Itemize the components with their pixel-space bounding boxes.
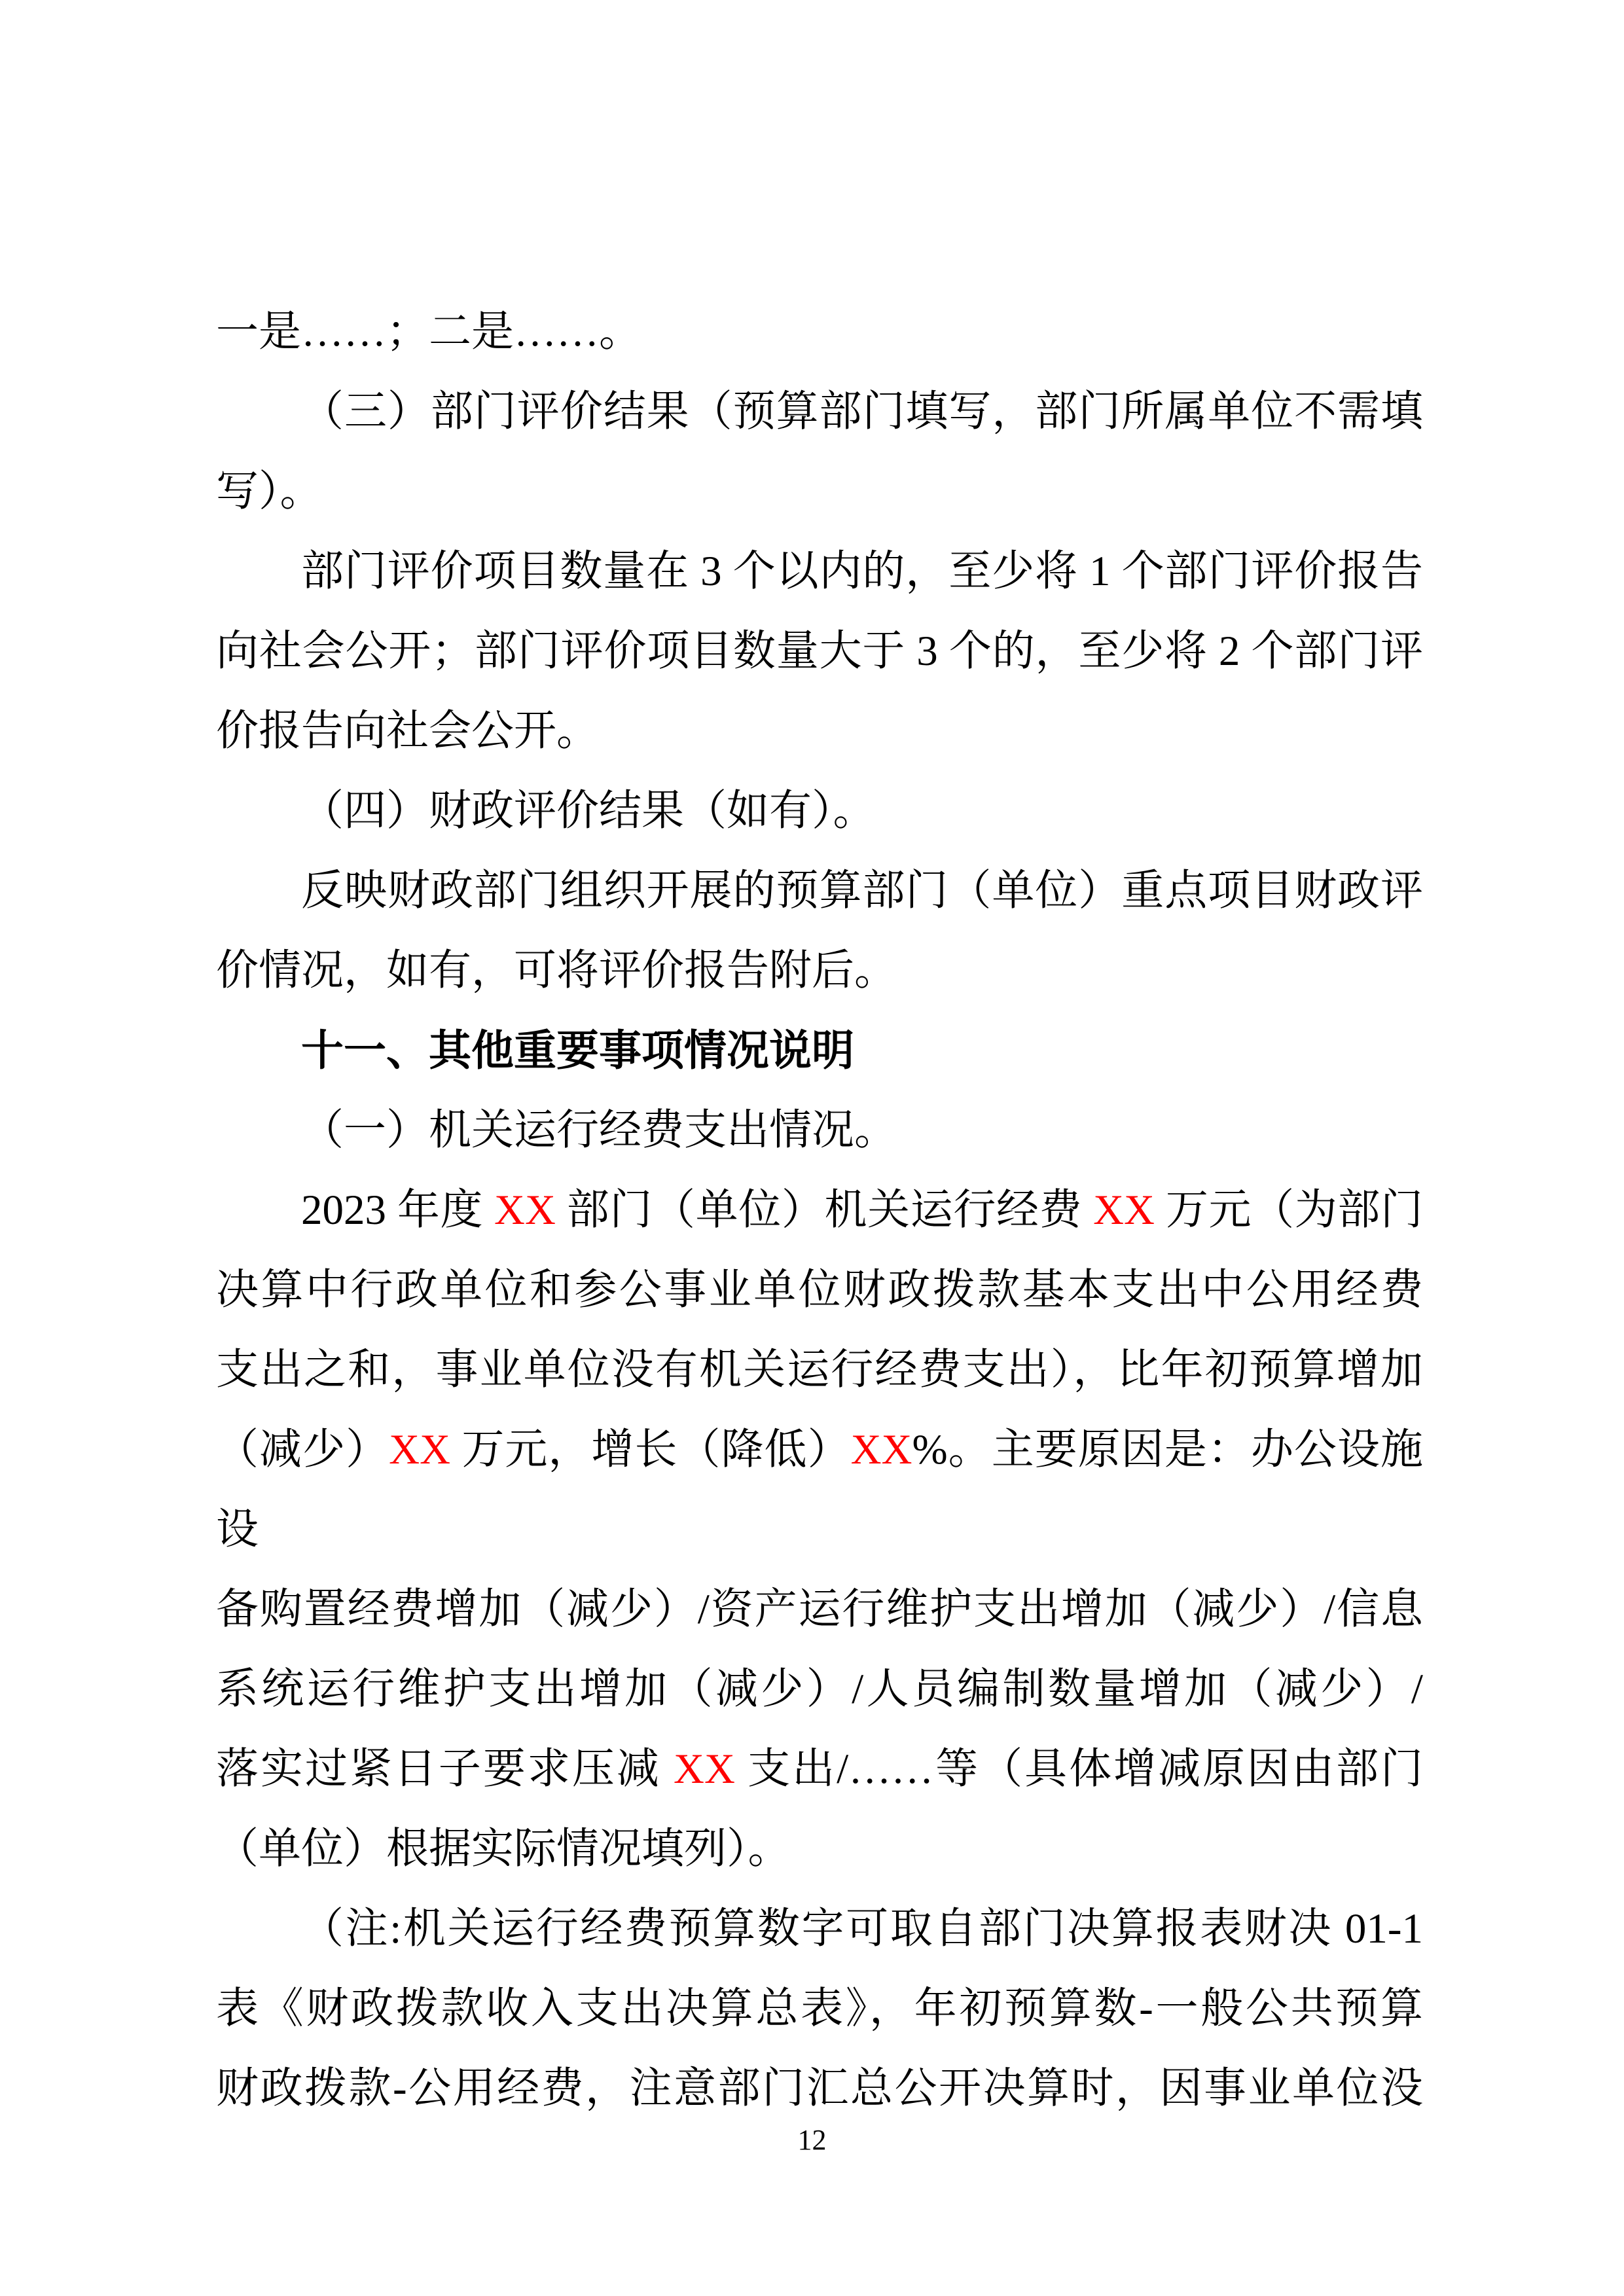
page-number: 12 — [0, 2121, 1624, 2160]
text-line: 财政拨款-公用经费，注意部门汇总公开决算时，因事业单位没 — [216, 2049, 1423, 2128]
text-run: （注:机关运行经费预算数字可取自部门决算报表财决 01-1 — [301, 1905, 1423, 1952]
text-run: 备购置经费增加（减少）/资产运行维护支出增加（减少）/信息 — [216, 1586, 1423, 1633]
text-run: 向社会公开；部门评价项目数量大于 3 个的，至少将 2 个部门评 — [216, 628, 1423, 675]
text-run: 部门（单位）机关运行经费 — [556, 1187, 1093, 1234]
text-run: 反映财政部门组织开展的预算部门（单位）重点项目财政评 — [301, 867, 1423, 914]
text-run: （三）部门评价结果（预算部门填写，部门所属单位不需填 — [301, 388, 1423, 435]
text-run: 价情况，如有，可将评价报告附后。 — [216, 947, 897, 994]
text-run: 万元（为部门 — [1155, 1187, 1423, 1234]
text-line: 写）。 — [216, 452, 1423, 531]
text-line: （四）财政评价结果（如有）。 — [216, 771, 1423, 851]
text-run: （一）机关运行经费支出情况。 — [301, 1107, 897, 1154]
text-run: 价报告向社会公开。 — [216, 708, 599, 755]
text-line: 表《财政拨款收入支出决算总表》，年初预算数-一般公共预算 — [216, 1969, 1423, 2049]
text-run: 2023 年度 — [301, 1187, 494, 1234]
text-line: 一是……；二是……。 — [216, 292, 1423, 372]
text-run: 万元，增长（降低） — [450, 1426, 851, 1473]
text-line: （减少）XX 万元，增长（降低）XX%。主要原因是：办公设施设 — [216, 1410, 1423, 1570]
text-line: 2023 年度 XX 部门（单位）机关运行经费 XX 万元（为部门 — [216, 1170, 1423, 1250]
text-run: 财政拨款-公用经费，注意部门汇总公开决算时，因事业单位没 — [216, 2065, 1423, 2112]
text-line: （单位）根据实际情况填列）。 — [216, 1809, 1423, 1889]
section-heading: 十一、其他重要事项情况说明 — [216, 1011, 1423, 1090]
text-run: 决算中行政单位和参公事业单位财政拨款基本支出中公用经费 — [216, 1266, 1423, 1314]
text-run: 部门评价项目数量在 3 个以内的，至少将 1 个部门评价报告 — [301, 548, 1423, 595]
text-run: 落实过紧日子要求压减 — [216, 1746, 674, 1793]
text-line: 落实过紧日子要求压减 XX 支出/……等（具体增减原因由部门 — [216, 1729, 1423, 1809]
text-line: 价报告向社会公开。 — [216, 691, 1423, 771]
placeholder-value: XX — [494, 1187, 556, 1234]
text-line: 反映财政部门组织开展的预算部门（单位）重点项目财政评 — [216, 851, 1423, 931]
text-line: 部门评价项目数量在 3 个以内的，至少将 1 个部门评价报告 — [216, 531, 1423, 611]
text-line: （注:机关运行经费预算数字可取自部门决算报表财决 01-1 — [216, 1889, 1423, 1969]
text-run: 一是……；二是……。 — [216, 308, 641, 355]
document-page: 一是……；二是……。（三）部门评价结果（预算部门填写，部门所属单位不需填写）。部… — [0, 0, 1624, 2296]
text-line: 支出之和，事业单位没有机关运行经费支出），比年初预算增加 — [216, 1330, 1423, 1410]
text-run: 十一、其他重要事项情况说明 — [301, 1026, 854, 1074]
text-run: 支出之和，事业单位没有机关运行经费支出），比年初预算增加 — [216, 1346, 1423, 1393]
text-line: （三）部门评价结果（预算部门填写，部门所属单位不需填 — [216, 372, 1423, 452]
text-run: 支出/……等（具体增减原因由部门 — [735, 1746, 1423, 1793]
document-body: 一是……；二是……。（三）部门评价结果（预算部门填写，部门所属单位不需填写）。部… — [216, 292, 1423, 2128]
placeholder-value: XX — [851, 1426, 912, 1473]
text-run: 系统运行维护支出增加（减少）/人员编制数量增加（减少）/ — [216, 1666, 1423, 1713]
text-line: 向社会公开；部门评价项目数量大于 3 个的，至少将 2 个部门评 — [216, 611, 1423, 691]
text-run: 写）。 — [216, 468, 323, 515]
text-line: （一）机关运行经费支出情况。 — [216, 1090, 1423, 1170]
text-line: 决算中行政单位和参公事业单位财政拨款基本支出中公用经费 — [216, 1250, 1423, 1330]
placeholder-value: XX — [389, 1426, 450, 1473]
text-run: （减少） — [216, 1426, 389, 1473]
placeholder-value: XX — [674, 1746, 735, 1793]
text-run: （单位）根据实际情况填列）。 — [216, 1825, 791, 1873]
text-run: 表《财政拨款收入支出决算总表》，年初预算数-一般公共预算 — [216, 1985, 1423, 2032]
text-run: （四）财政评价结果（如有）。 — [301, 787, 876, 834]
text-line: 备购置经费增加（减少）/资产运行维护支出增加（减少）/信息 — [216, 1570, 1423, 1649]
text-line: 价情况，如有，可将评价报告附后。 — [216, 931, 1423, 1011]
text-line: 系统运行维护支出增加（减少）/人员编制数量增加（减少）/ — [216, 1649, 1423, 1729]
placeholder-value: XX — [1093, 1187, 1155, 1234]
